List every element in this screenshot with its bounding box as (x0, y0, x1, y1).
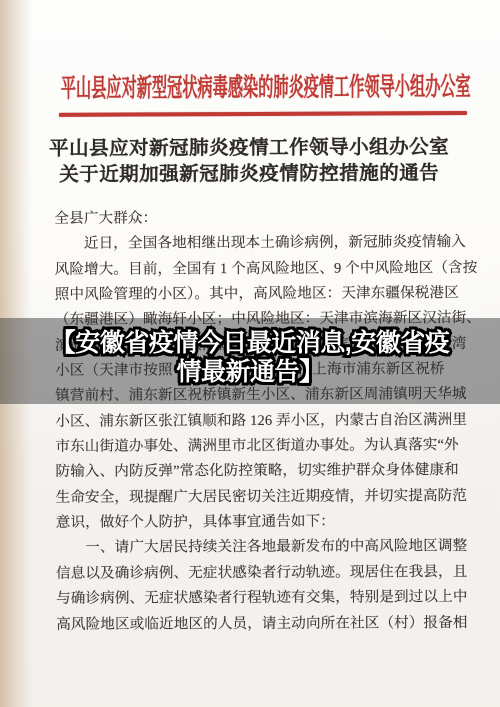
body-line: 意识，做好个人防护，具体事宜通告如下： (56, 509, 476, 536)
body-line: 近日，全国各地相继出现本土确诊病例，新冠肺炎疫情输入 (54, 230, 474, 257)
notice-title-line-2: 关于近期加强新冠肺炎疫情防控措施的通告 (0, 160, 499, 188)
body-line: 照中风险管理的小区）。其中，高风险地区：天津东疆保税港区 (55, 281, 475, 308)
body-line: 生命安全，现提醒广大居民密切关注近期疫情，并切实提高防范 (56, 484, 476, 511)
body-line: 高风险地区或临近地区的人员，请主动向所在社区（村）报备相 (56, 611, 476, 638)
caption-line-2: 情最新通告】 (0, 358, 500, 387)
caption-line-1: 【安徽省疫情今日最近消息,安徽省疫 (0, 329, 500, 358)
notice-title-line-1: 平山县应对新冠肺炎疫情工作领导小组办公室 (0, 135, 499, 163)
body-line: 小区、浦东新区张江镇顺和路 126 弄小区，内蒙古自治区满洲里 (55, 408, 475, 435)
body-line: 信息以及确诊病例、无症状感染者行动轨迹。现居住在我县，且 (56, 560, 476, 587)
red-letterhead-banner: 平山县应对新型冠状病毒感染的肺炎疫情工作领导小组办公室 (61, 68, 332, 107)
document-photo: 平山县应对新型冠状病毒感染的肺炎疫情工作领导小组办公室 平山县应对新冠肺炎疫情工… (0, 0, 500, 707)
body-line: 与确诊病例、无症状感染者行程轨迹有交集，特别是到过以上中 (56, 585, 476, 612)
notice-body: 全县广大群众： 近日，全国各地相继出现本土确诊病例，新冠肺炎疫情输入 风险增大。… (54, 205, 476, 638)
body-line: 市东山街道办事处、满洲里市北区街道办事处。为认真落实“外 (55, 433, 475, 460)
body-line: 风险增大。目前，全国有 1 个高风险地区、9 个中风险地区（含按 (55, 256, 475, 283)
red-divider-rule (59, 111, 467, 117)
news-caption-overlay: 【安徽省疫情今日最近消息,安徽省疫 情最新通告】 (0, 329, 500, 386)
body-line: 全县广大群众： (54, 205, 474, 232)
body-line: 一、请广大居民持续关注各地最新发布的中高风险地区调整 (56, 534, 476, 561)
body-line: 防输入、内防反弹”常态化防控策略，切实维护群众身体健康和 (55, 458, 475, 485)
notice-title: 平山县应对新冠肺炎疫情工作领导小组办公室 关于近期加强新冠肺炎疫情防控措施的通告 (0, 135, 499, 188)
